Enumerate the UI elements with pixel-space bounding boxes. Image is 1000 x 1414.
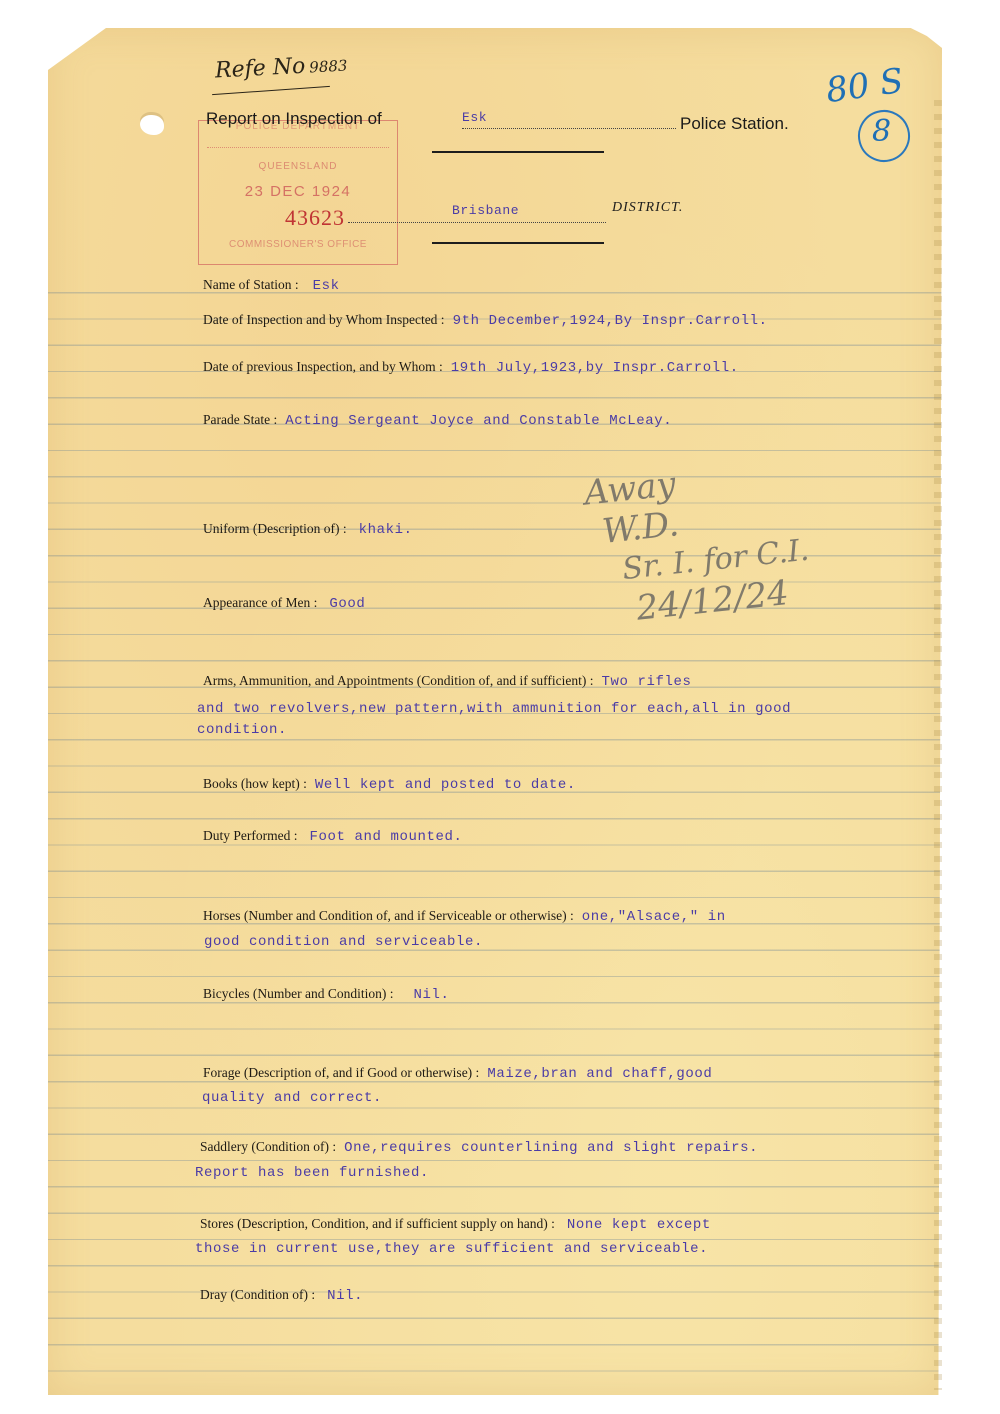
field-value: 19th July,1923,by Inspr.Carroll.: [451, 360, 739, 376]
field-label: Forage (Description of, and if Good or o…: [203, 1065, 479, 1080]
station-field: Esk: [462, 112, 676, 129]
field-value: One,requires counterlining and slight re…: [344, 1140, 758, 1156]
stamp-date: 23 DEC 1924: [199, 183, 397, 200]
field-label: Bicycles (Number and Condition) :: [203, 986, 393, 1001]
field-value-continuation: and two revolvers,new pattern,with ammun…: [197, 701, 791, 717]
pencil-annotation: Away W.D. Sr. I. for C.I. 24/12/24: [582, 451, 815, 633]
field-value: khaki.: [359, 522, 413, 538]
field-label: Saddlery (Condition of) :: [200, 1139, 336, 1154]
field-value-continuation: quality and correct.: [202, 1090, 382, 1106]
field-value: Esk: [313, 278, 340, 294]
field-label: Horses (Number and Condition of, and if …: [203, 908, 574, 923]
field-label: Duty Performed :: [203, 828, 297, 843]
ref-label: Refe No: [214, 54, 305, 84]
stamp-office: COMMISSIONER'S OFFICE: [199, 239, 397, 250]
field-label: Name of Station :: [203, 277, 299, 292]
field-stores: Stores (Description, Condition, and if s…: [200, 1215, 711, 1233]
field-value: Well kept and posted to date.: [315, 777, 576, 793]
field-books: Books (how kept) : Well kept and posted …: [203, 775, 576, 793]
field-value-continuation: Report has been furnished.: [195, 1165, 429, 1181]
field-value: one,"Alsace," in: [582, 909, 726, 925]
field-value: Good: [329, 596, 365, 612]
field-value-continuation: those in current use,they are sufficient…: [195, 1241, 708, 1257]
field-label: Date of Inspection and by Whom Inspected…: [203, 312, 445, 327]
field-name-of-station: Name of Station : Esk: [203, 276, 340, 294]
station-value: Esk: [462, 110, 487, 125]
field-value: 9th December,1924,By Inspr.Carroll.: [453, 313, 768, 329]
divider-rule: [432, 242, 604, 244]
field-value: None kept except: [567, 1217, 711, 1233]
field-appearance-of-men: Appearance of Men : Good: [203, 594, 365, 612]
field-value-continuation: good condition and serviceable.: [204, 934, 483, 950]
field-bicycles: Bicycles (Number and Condition) : Nil.: [203, 985, 449, 1003]
district-value: Brisbane: [452, 203, 519, 218]
field-duty-performed: Duty Performed : Foot and mounted.: [203, 827, 463, 845]
field-label: Appearance of Men :: [203, 595, 317, 610]
torn-edge: [934, 100, 942, 1390]
field-value-continuation: condition.: [197, 722, 287, 738]
field-value: Two rifles: [601, 674, 691, 690]
field-label: Parade State :: [203, 412, 277, 427]
field-previous-inspection: Date of previous Inspection, and by Whom…: [203, 358, 739, 376]
stamp-state: QUEENSLAND: [199, 161, 397, 172]
punch-hole: [140, 115, 164, 135]
report-title: Report on Inspection of: [206, 109, 382, 129]
field-arms: Arms, Ammunition, and Appointments (Cond…: [203, 672, 692, 690]
field-date-of-inspection: Date of Inspection and by Whom Inspected…: [203, 311, 768, 329]
field-label: Uniform (Description of) :: [203, 521, 347, 536]
field-value: Maize,bran and chaff,good: [487, 1066, 712, 1082]
field-label: Dray (Condition of) :: [200, 1287, 315, 1302]
field-forage: Forage (Description of, and if Good or o…: [203, 1064, 712, 1082]
district-label: DISTRICT.: [612, 200, 683, 216]
field-value: Acting Sergeant Joyce and Constable McLe…: [285, 413, 672, 429]
field-horses: Horses (Number and Condition of, and if …: [203, 907, 726, 925]
field-label: Date of previous Inspection, and by Whom…: [203, 359, 443, 374]
field-uniform: Uniform (Description of) : khaki.: [203, 520, 413, 538]
title-suffix: Police Station.: [680, 114, 789, 134]
field-value: Nil.: [413, 987, 449, 1003]
field-parade-state: Parade State : Acting Sergeant Joyce and…: [203, 411, 672, 429]
divider-rule: [432, 151, 604, 153]
field-value: Nil.: [327, 1288, 363, 1304]
field-dray: Dray (Condition of) : Nil.: [200, 1286, 363, 1304]
field-saddlery: Saddlery (Condition of) : One,requires c…: [200, 1138, 758, 1156]
field-label: Arms, Ammunition, and Appointments (Cond…: [203, 673, 593, 688]
circled-number-value: 8: [872, 114, 891, 149]
field-label: Stores (Description, Condition, and if s…: [200, 1216, 555, 1231]
field-label: Books (how kept) :: [203, 776, 307, 791]
received-stamp: POLICE DEPARTMENT QUEENSLAND 23 DEC 1924…: [198, 120, 398, 265]
district-field: Brisbane: [348, 206, 606, 223]
stamp-dotted-line: [207, 147, 389, 148]
ref-value: 9883: [309, 57, 348, 77]
field-value: Foot and mounted.: [309, 829, 462, 845]
